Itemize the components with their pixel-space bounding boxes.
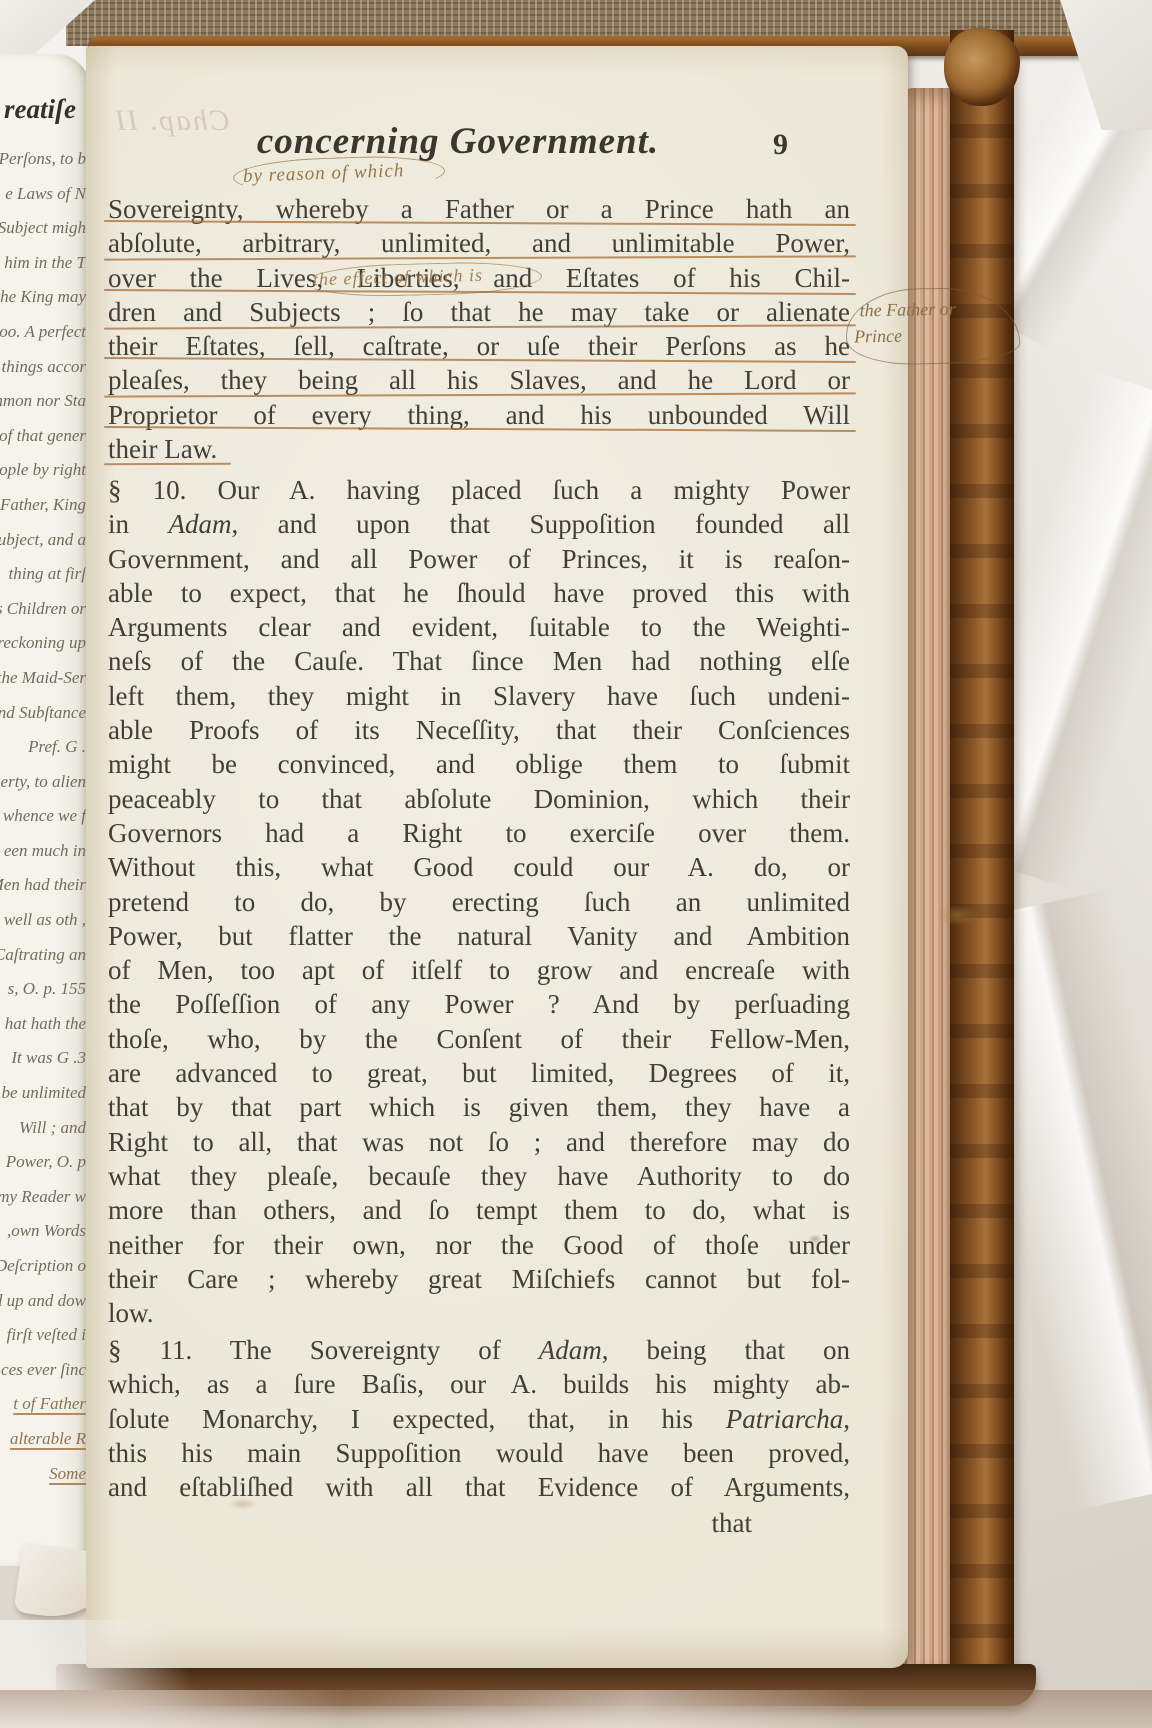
previous-page-text-fragment: be unlimited bbox=[0, 1076, 86, 1111]
margin-note-text: the Father or bbox=[851, 294, 1027, 323]
page-header: concerning Government. 9 bbox=[108, 120, 850, 174]
text-line: left them, they might in Slavery have ſu… bbox=[108, 679, 850, 713]
text-line: Power, but flatter the natural Vanity an… bbox=[108, 919, 850, 953]
text-line: Right to all, that was not ſo ; and ther… bbox=[108, 1125, 850, 1159]
text-line: the Poſſeſſion of any Power ? And by per… bbox=[108, 987, 850, 1021]
text-column: Chap. II concerning Government. 9 Sovere… bbox=[108, 46, 850, 1668]
previous-page-text-fragment: thing at firſ bbox=[0, 557, 86, 592]
text-line: ſolute Monarchy, I expected, that, in hi… bbox=[108, 1402, 850, 1436]
previous-page-text-fragment: Father, King bbox=[0, 488, 86, 523]
tissue-bottom bbox=[0, 1690, 1152, 1728]
previous-page-text-fragment: n of that gener bbox=[0, 419, 86, 454]
text-line: able to expect, that he ſhould have prov… bbox=[108, 576, 850, 610]
text-line: Governors had a Right to exerciſe over t… bbox=[108, 816, 850, 850]
text-line: in Adam, and upon that Suppoſition found… bbox=[108, 507, 850, 541]
previous-page-text-fragment: iberty, to alien bbox=[0, 765, 86, 800]
text-line: of Men, too apt of itſelf to grow and en… bbox=[108, 953, 850, 987]
text-line: peaceably to that abſolute Dominion, whi… bbox=[108, 782, 850, 816]
paragraph-sovereignty: Sovereignty, whereby a Father or a Princ… bbox=[108, 192, 850, 466]
previous-page-fragments: Perſons, to be Laws of Nar Subject mighn… bbox=[0, 142, 86, 1491]
section-10: § 10. Our A. having placed ſuch a mighty… bbox=[108, 473, 850, 1330]
previous-page-text-fragment: d up and dow bbox=[0, 1284, 86, 1319]
text-line: Proprietor of every thing, and his unbou… bbox=[108, 398, 850, 432]
text-line: low. bbox=[108, 1296, 160, 1330]
text-line: Without this, what Good could our A. do,… bbox=[108, 850, 850, 884]
previous-page-text-fragment: own Words, bbox=[0, 1214, 86, 1249]
previous-page-text-fragment: Will ; and bbox=[0, 1111, 86, 1146]
text-line: § 10. Our A. having placed ſuch a mighty… bbox=[108, 473, 850, 507]
text-line: Government, and all Power of Princes, it… bbox=[108, 542, 850, 576]
previous-page-text-fragment: whence we f bbox=[0, 799, 86, 834]
previous-page-text-fragment: Power, O. p bbox=[0, 1145, 86, 1180]
text-line: dren and Subjects ; ſo that he may take … bbox=[108, 295, 850, 329]
text-line: neſs of the Cauſe. That ſince Men had no… bbox=[108, 644, 850, 678]
book-page: Chap. II concerning Government. 9 Sovere… bbox=[86, 46, 908, 1668]
previous-page-text-fragment: ll things accor bbox=[0, 350, 86, 385]
previous-page-text-fragment: my Reader w bbox=[0, 1180, 86, 1215]
previous-page-text-fragment: d the Maid-Ser bbox=[0, 661, 86, 696]
stain bbox=[934, 904, 980, 926]
previous-page-text-fragment: firſt veſted i bbox=[0, 1318, 86, 1353]
text-line: neither for their own, nor the Good of t… bbox=[108, 1228, 850, 1262]
previous-page-text-fragment: . Pref. G bbox=[0, 730, 86, 765]
text-line: their Law. bbox=[108, 432, 223, 466]
previous-page-text-fragment: Deſcription o bbox=[0, 1249, 86, 1284]
previous-page-text-fragment: Caſtrating an bbox=[0, 938, 86, 973]
previous-page-text-fragment: e Laws of N bbox=[0, 177, 86, 212]
text-line: what they pleaſe, becauſe they have Auth… bbox=[108, 1159, 850, 1193]
handwritten-annotation: the effect of which is bbox=[313, 265, 483, 290]
previous-page-text-fragment: alterable R bbox=[0, 1422, 86, 1457]
text-line: which, as a ſure Baſis, our A. builds hi… bbox=[108, 1367, 850, 1401]
text-line: are advanced to great, but limited, Degr… bbox=[108, 1056, 850, 1090]
previous-page-text-fragment: Perſons, to b bbox=[0, 142, 86, 177]
catchword: that bbox=[712, 1508, 753, 1539]
previous-page-text-fragment: oo. A perfect bbox=[0, 315, 86, 350]
previous-page-text-fragment: een much in bbox=[0, 834, 86, 869]
page-number: 9 bbox=[773, 128, 788, 162]
text-line: able Proofs of its Neceſſity, that their… bbox=[108, 713, 850, 747]
previous-page-text-fragment: Men had their bbox=[0, 868, 86, 903]
text-line: Arguments clear and evident, ſuitable to… bbox=[108, 610, 850, 644]
previous-page-text-fragment: Common nor Sta bbox=[0, 384, 86, 419]
leather-binding bbox=[950, 30, 1014, 1698]
stain bbox=[808, 1234, 822, 1244]
page-title: concerning Government. bbox=[108, 120, 808, 163]
margin-note-text: Prince bbox=[852, 320, 1028, 349]
previous-page-text-fragment: Some bbox=[0, 1457, 86, 1492]
previous-page-text-fragment: People by right bbox=[0, 453, 86, 488]
text-line: thoſe, who, by the Conſent of their Fell… bbox=[108, 1022, 850, 1056]
text-line: abſolute, arbitrary, unlimited, and unli… bbox=[108, 226, 850, 260]
text-line: § 11. The Sovereignty of Adam, being tha… bbox=[108, 1333, 850, 1367]
handwritten-annotation: by reason of which bbox=[243, 160, 405, 188]
text-line: might be convinced, and oblige them to ſ… bbox=[108, 747, 850, 781]
previous-page-text-fragment: s, O. p. 155 bbox=[0, 972, 86, 1007]
previous-page-text-fragment: ar Subject migh bbox=[0, 211, 86, 246]
text-line: that by that part which is given them, t… bbox=[108, 1090, 850, 1124]
text-line: more than others, and ſo tempt them to d… bbox=[108, 1193, 850, 1227]
text-line: pretend to do, by erecting ſuch an unlim… bbox=[108, 885, 850, 919]
previous-page-text-fragment: nd Subſtance bbox=[0, 696, 86, 731]
previous-page-text-fragment: ces ever ſinc bbox=[0, 1353, 86, 1388]
text-line: Sovereignty, whereby a Father or a Princ… bbox=[108, 192, 850, 226]
text-line: their Eſtates, ſell, caſtrate, or uſe th… bbox=[108, 329, 850, 363]
text-line: pleaſes, they being all his Slaves, and … bbox=[108, 363, 850, 397]
text-line: and eſtabliſhed with all that Evidence o… bbox=[108, 1470, 850, 1504]
previous-page-text-fragment: y the King may bbox=[0, 280, 86, 315]
previous-page-text-fragment: reckoning up bbox=[0, 626, 86, 661]
previous-page-edge: reatiſeCh Perſons, to be Laws of Nar Sub… bbox=[0, 54, 90, 1566]
handwritten-margin-note: the Father or Prince bbox=[851, 294, 1028, 367]
stain bbox=[228, 1498, 258, 1510]
previous-page-text-fragment: Subject, and a bbox=[0, 523, 86, 558]
text-line: their Care ; whereby great Miſchiefs can… bbox=[108, 1262, 850, 1296]
previous-page-header-fragment: reatiſe bbox=[4, 94, 76, 124]
book-photo: reatiſeCh Perſons, to be Laws of Nar Sub… bbox=[0, 0, 1152, 1728]
previous-page-text-fragment: , as well as oth bbox=[0, 903, 86, 938]
previous-page-text-fragment: hat hath the bbox=[0, 1007, 86, 1042]
section-11: § 11. The Sovereignty of Adam, being tha… bbox=[108, 1333, 850, 1504]
text-line: this his main Suppoſition would have bee… bbox=[108, 1436, 850, 1470]
previous-page-text-fragment: t of Father bbox=[0, 1387, 86, 1422]
previous-page-text-fragment: nto him in the T bbox=[0, 246, 86, 281]
previous-page-text-fragment: his Children or bbox=[0, 592, 86, 627]
previous-page-text-fragment: 3. It was G bbox=[0, 1041, 86, 1076]
